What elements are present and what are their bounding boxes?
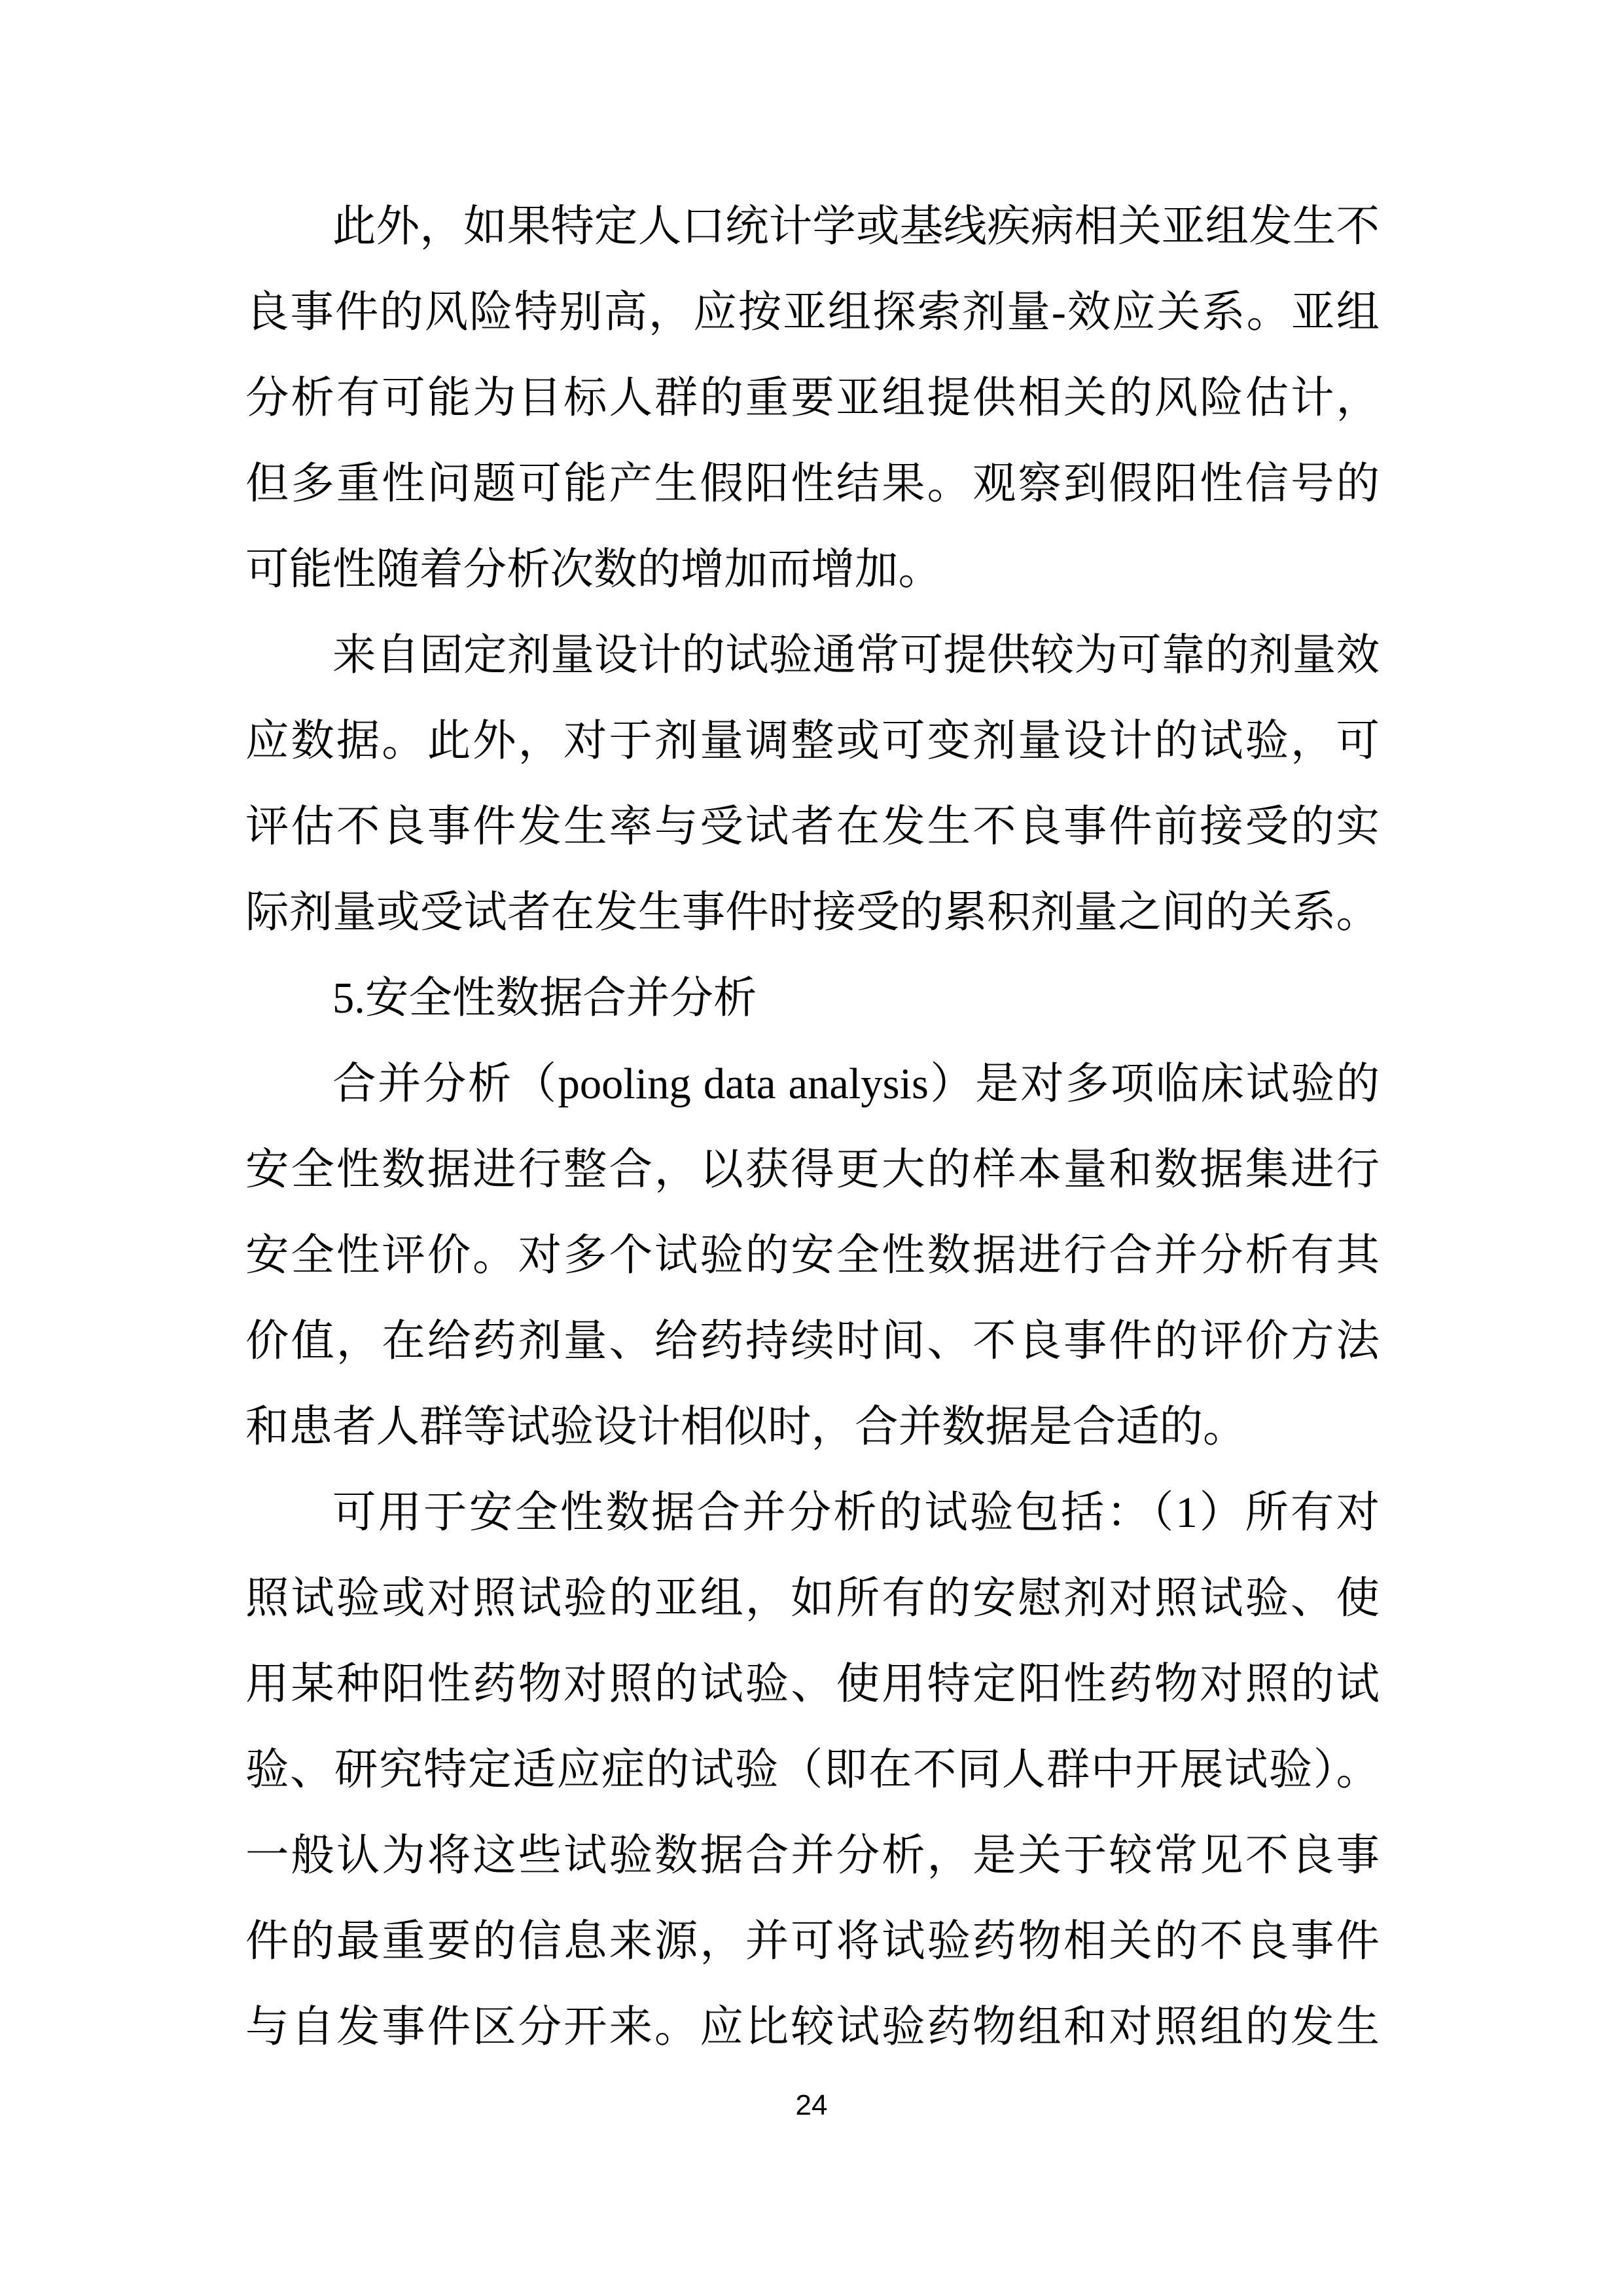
text-line: 件的最重要的信息来源，并可将试验药物相关的不良事件 bbox=[245, 1899, 1380, 1984]
text-line: 分析有可能为目标人群的重要亚组提供相关的风险估计， bbox=[245, 355, 1380, 441]
text-line: 用某种阳性药物对照的试验、使用特定阳性药物对照的试 bbox=[245, 1641, 1380, 1727]
text-line: 良事件的风险特别高，应按亚组探索剂量-效应关系。亚组 bbox=[245, 270, 1380, 355]
body-text: 此外，如果特定人口统计学或基线疾病相关亚组发生不 良事件的风险特别高，应按亚组探… bbox=[245, 184, 1380, 2070]
text-line: 此外，如果特定人口统计学或基线疾病相关亚组发生不 bbox=[245, 184, 1380, 270]
page-number: 24 bbox=[0, 2089, 1623, 2122]
text-line: 际剂量或受试者在发生事件时接受的累积剂量之间的关系。 bbox=[245, 870, 1380, 956]
text-line: 但多重性问题可能产生假阳性结果。观察到假阳性信号的 bbox=[245, 441, 1380, 527]
text-line: 与自发事件区分开来。应比较试验药物组和对照组的发生 bbox=[245, 1984, 1380, 2070]
text-line: 可用于安全性数据合并分析的试验包括：（1）所有对 bbox=[245, 1470, 1380, 1556]
text-line: 合并分析（pooling data analysis）是对多项临床试验的 bbox=[245, 1041, 1380, 1127]
text-line: 安全性评价。对多个试验的安全性数据进行合并分析有其 bbox=[245, 1213, 1380, 1299]
text-line: 和患者人群等试验设计相似时，合并数据是合适的。 bbox=[245, 1384, 1380, 1470]
text-line: 可能性随着分析次数的增加而增加。 bbox=[245, 527, 1380, 613]
text-line: 价值，在给药剂量、给药持续时间、不良事件的评价方法 bbox=[245, 1299, 1380, 1384]
document-page: { "page": { "background": "#ffffff", "te… bbox=[0, 0, 1623, 2296]
text-line: 照试验或对照试验的亚组，如所有的安慰剂对照试验、使 bbox=[245, 1556, 1380, 1641]
text-line: 应数据。此外，对于剂量调整或可变剂量设计的试验，可 bbox=[245, 698, 1380, 784]
text-line: 验、研究特定适应症的试验（即在不同人群中开展试验）。 bbox=[245, 1727, 1380, 1813]
text-line: 来自固定剂量设计的试验通常可提供较为可靠的剂量效 bbox=[245, 613, 1380, 698]
text-line: 一般认为将这些试验数据合并分析，是关于较常见不良事 bbox=[245, 1813, 1380, 1899]
text-line: 评估不良事件发生率与受试者在发生不良事件前接受的实 bbox=[245, 784, 1380, 870]
text-line: 安全性数据进行整合，以获得更大的样本量和数据集进行 bbox=[245, 1127, 1380, 1213]
section-heading: 5.安全性数据合并分析 bbox=[245, 956, 1380, 1041]
